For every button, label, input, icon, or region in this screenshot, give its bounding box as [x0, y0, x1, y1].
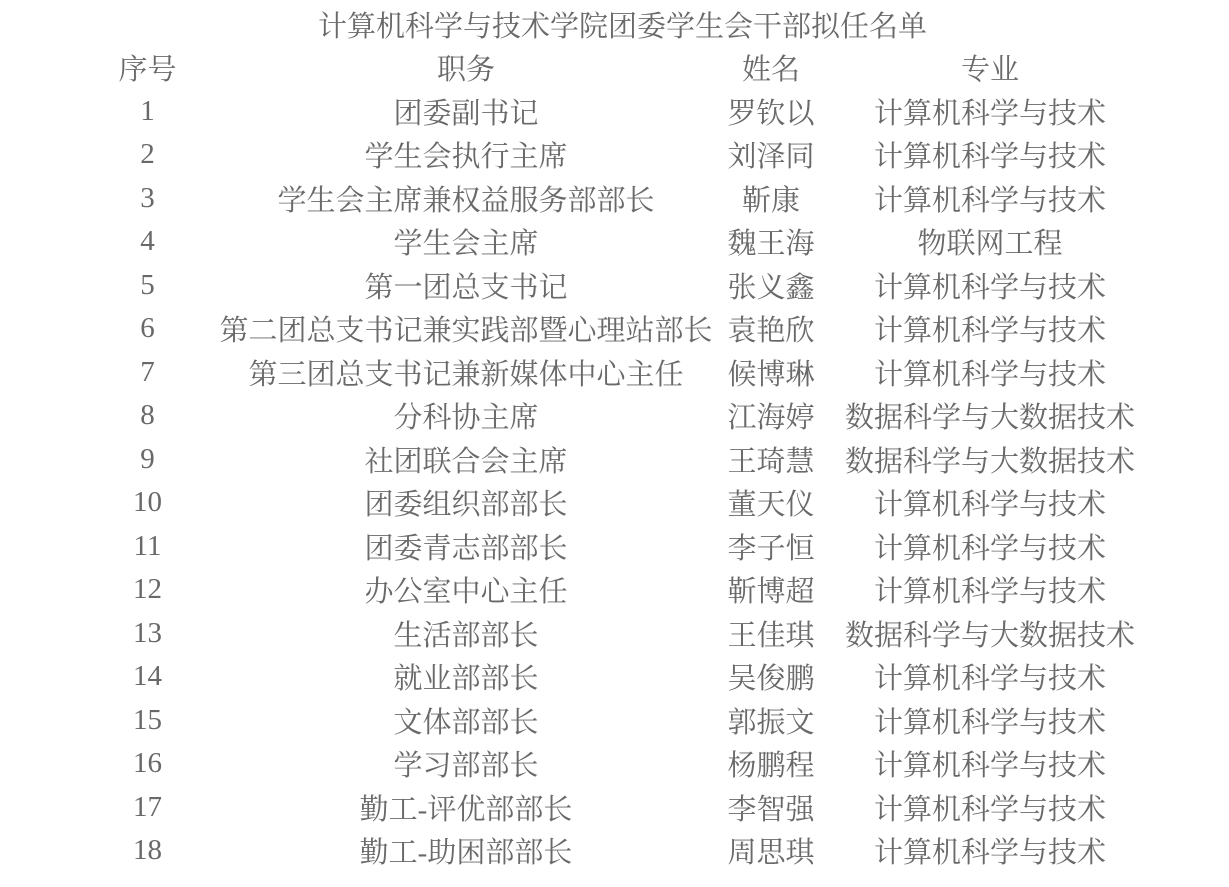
cell-position: 第三团总支书记兼新媒体中心主任: [210, 351, 722, 395]
cell-major: 计算机科学与技术: [820, 829, 1160, 873]
table-row: 15文体部部长郭振文计算机科学与技术: [85, 699, 1160, 743]
cell-major: 计算机科学与技术: [820, 786, 1160, 830]
page-title: 计算机科学与技术学院团委学生会干部拟任名单: [85, 8, 1160, 46]
cell-name: 袁艳欣: [722, 307, 820, 351]
cell-name: 周思琪: [722, 829, 820, 873]
table-row: 12办公室中心主任靳博超计算机科学与技术: [85, 568, 1160, 612]
cell-major: 数据科学与大数据技术: [820, 612, 1160, 656]
cell-major: 计算机科学与技术: [820, 351, 1160, 395]
cell-seq: 8: [85, 394, 210, 438]
table-row: 18勤工-助困部部长周思琪计算机科学与技术: [85, 829, 1160, 873]
roster-table: 序号 职务 姓名 专业 1团委副书记罗钦以计算机科学与技术2学生会执行主席刘泽同…: [85, 46, 1160, 873]
cell-position: 文体部部长: [210, 699, 722, 743]
header-position: 职务: [210, 46, 722, 90]
cell-major: 数据科学与大数据技术: [820, 394, 1160, 438]
cell-major: 计算机科学与技术: [820, 525, 1160, 569]
cell-position: 办公室中心主任: [210, 568, 722, 612]
table-row: 6第二团总支书记兼实践部暨心理站部长袁艳欣计算机科学与技术: [85, 307, 1160, 351]
cell-position: 学生会主席兼权益服务部部长: [210, 177, 722, 221]
cell-seq: 7: [85, 351, 210, 395]
cell-name: 杨鹏程: [722, 742, 820, 786]
table-row: 13生活部部长王佳琪数据科学与大数据技术: [85, 612, 1160, 656]
cell-seq: 4: [85, 220, 210, 264]
cell-major: 计算机科学与技术: [820, 568, 1160, 612]
cell-name: 靳博超: [722, 568, 820, 612]
cell-position: 学生会主席: [210, 220, 722, 264]
header-seq: 序号: [85, 46, 210, 90]
cell-seq: 9: [85, 438, 210, 482]
cell-name: 王佳琪: [722, 612, 820, 656]
table-row: 7第三团总支书记兼新媒体中心主任候博琳计算机科学与技术: [85, 351, 1160, 395]
cell-name: 魏王海: [722, 220, 820, 264]
table-row: 14就业部部长吴俊鹏计算机科学与技术: [85, 655, 1160, 699]
table-row: 9社团联合会主席王琦慧数据科学与大数据技术: [85, 438, 1160, 482]
table-row: 3学生会主席兼权益服务部部长靳康计算机科学与技术: [85, 177, 1160, 221]
cell-position: 勤工-评优部部长: [210, 786, 722, 830]
table-header-row: 序号 职务 姓名 专业: [85, 46, 1160, 90]
cell-seq: 10: [85, 481, 210, 525]
document-page: 计算机科学与技术学院团委学生会干部拟任名单 序号 职务 姓名 专业 1团委副书记…: [0, 0, 1229, 887]
cell-position: 勤工-助困部部长: [210, 829, 722, 873]
cell-position: 团委组织部部长: [210, 481, 722, 525]
table-row: 2学生会执行主席刘泽同计算机科学与技术: [85, 133, 1160, 177]
cell-name: 李子恒: [722, 525, 820, 569]
cell-position: 社团联合会主席: [210, 438, 722, 482]
cell-major: 计算机科学与技术: [820, 699, 1160, 743]
cell-name: 刘泽同: [722, 133, 820, 177]
table-row: 4学生会主席魏王海物联网工程: [85, 220, 1160, 264]
cell-major: 计算机科学与技术: [820, 264, 1160, 308]
cell-seq: 1: [85, 90, 210, 134]
table-row: 5第一团总支书记张义鑫计算机科学与技术: [85, 264, 1160, 308]
cell-name: 董天仪: [722, 481, 820, 525]
table-row: 1团委副书记罗钦以计算机科学与技术: [85, 90, 1160, 134]
cell-major: 数据科学与大数据技术: [820, 438, 1160, 482]
cell-position: 团委副书记: [210, 90, 722, 134]
cell-position: 团委青志部部长: [210, 525, 722, 569]
cell-position: 分科协主席: [210, 394, 722, 438]
cell-name: 靳康: [722, 177, 820, 221]
cell-name: 李智强: [722, 786, 820, 830]
cell-name: 王琦慧: [722, 438, 820, 482]
header-name: 姓名: [722, 46, 820, 90]
cell-seq: 2: [85, 133, 210, 177]
cell-major: 计算机科学与技术: [820, 177, 1160, 221]
cell-seq: 18: [85, 829, 210, 873]
table-row: 17勤工-评优部部长李智强计算机科学与技术: [85, 786, 1160, 830]
cell-position: 生活部部长: [210, 612, 722, 656]
cell-major: 计算机科学与技术: [820, 90, 1160, 134]
cell-seq: 11: [85, 525, 210, 569]
table-row: 8分科协主席江海婷数据科学与大数据技术: [85, 394, 1160, 438]
cell-seq: 5: [85, 264, 210, 308]
cell-position: 第一团总支书记: [210, 264, 722, 308]
cell-seq: 17: [85, 786, 210, 830]
cell-seq: 13: [85, 612, 210, 656]
cell-name: 郭振文: [722, 699, 820, 743]
cell-major: 计算机科学与技术: [820, 655, 1160, 699]
cell-seq: 14: [85, 655, 210, 699]
cell-major: 计算机科学与技术: [820, 307, 1160, 351]
cell-seq: 6: [85, 307, 210, 351]
cell-seq: 12: [85, 568, 210, 612]
cell-name: 江海婷: [722, 394, 820, 438]
cell-seq: 16: [85, 742, 210, 786]
cell-position: 学习部部长: [210, 742, 722, 786]
cell-major: 计算机科学与技术: [820, 481, 1160, 525]
cell-position: 就业部部长: [210, 655, 722, 699]
cell-name: 候博琳: [722, 351, 820, 395]
cell-name: 吴俊鹏: [722, 655, 820, 699]
table-row: 16学习部部长杨鹏程计算机科学与技术: [85, 742, 1160, 786]
header-major: 专业: [820, 46, 1160, 90]
cell-seq: 15: [85, 699, 210, 743]
table-row: 10团委组织部部长董天仪计算机科学与技术: [85, 481, 1160, 525]
cell-name: 张义鑫: [722, 264, 820, 308]
cell-name: 罗钦以: [722, 90, 820, 134]
cell-major: 计算机科学与技术: [820, 742, 1160, 786]
cell-major: 物联网工程: [820, 220, 1160, 264]
cell-seq: 3: [85, 177, 210, 221]
roster-document: 计算机科学与技术学院团委学生会干部拟任名单 序号 职务 姓名 专业 1团委副书记…: [85, 8, 1160, 873]
table-row: 11团委青志部部长李子恒计算机科学与技术: [85, 525, 1160, 569]
cell-major: 计算机科学与技术: [820, 133, 1160, 177]
cell-position: 第二团总支书记兼实践部暨心理站部长: [210, 307, 722, 351]
cell-position: 学生会执行主席: [210, 133, 722, 177]
